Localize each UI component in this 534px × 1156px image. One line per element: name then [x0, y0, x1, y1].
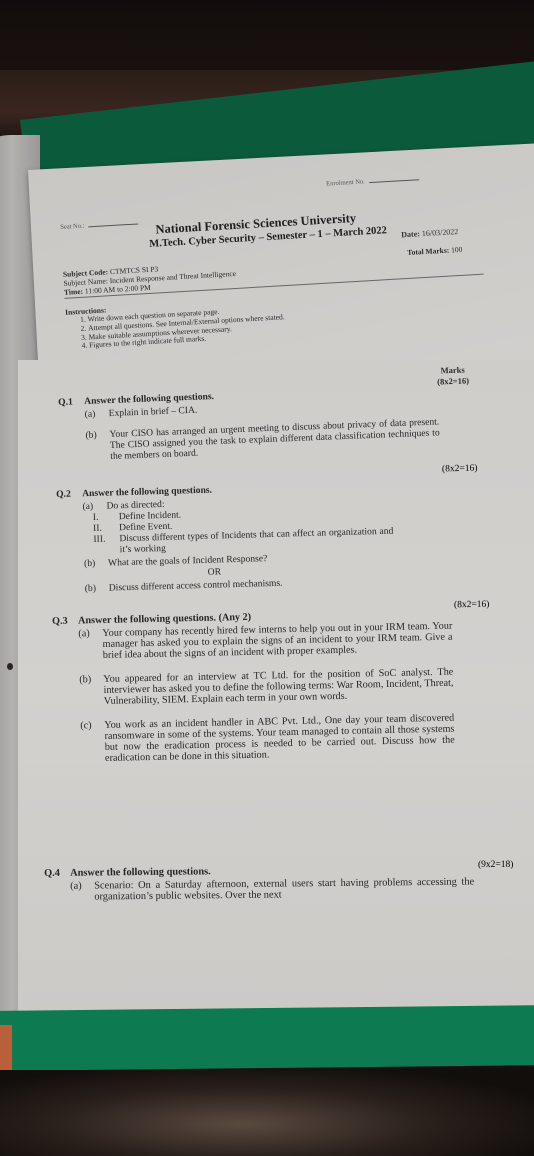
q2-number: Q.2: [56, 488, 82, 500]
enrolment-no-blank: [369, 179, 419, 183]
q3-part-a: (a)Your company has recently hired few i…: [78, 621, 453, 662]
subitem-label: II.: [93, 522, 119, 534]
total-marks-label: Total Marks:: [407, 246, 449, 257]
part-label: (b): [85, 429, 110, 463]
question-3: Q.3Answer the following questions. (Any …: [52, 608, 455, 765]
q4-title: Answer the following questions.: [70, 866, 211, 878]
part-text: You work as an incident handler in ABC P…: [104, 713, 455, 764]
q4-number: Q.4: [44, 868, 70, 879]
question-2: Q.2Answer the following questions. (a)Do…: [56, 478, 449, 595]
q3-number: Q.3: [52, 615, 78, 627]
part-label: (b): [85, 583, 109, 595]
q3-part-b: (b)You appeared for an interview at TC L…: [79, 667, 454, 708]
date-label: Date:: [401, 229, 420, 239]
q4-marks: (9x2=18): [478, 860, 513, 870]
q3-marks: (8x2=16): [454, 600, 490, 611]
q3-title: Answer the following questions. (Any 2): [78, 612, 251, 627]
total-marks-value: 100: [451, 245, 463, 255]
q1-marks: (8x2=16): [437, 375, 469, 387]
time-label: Time:: [64, 287, 84, 297]
part-label: (b): [79, 674, 104, 707]
part-text: Scenario: On a Saturday afternoon, exter…: [94, 876, 474, 902]
subitem-label: I.: [93, 511, 119, 523]
seat-no-blank: [88, 223, 138, 227]
green-folder-bottom: [0, 1005, 534, 1071]
q4-part-a: (a)Scenario: On a Saturday afternoon, ex…: [70, 876, 474, 902]
part-label: (a): [82, 501, 106, 513]
background-dark-bottom: [0, 1070, 534, 1156]
q3-part-c: (c)You work as an incident handler in AB…: [80, 713, 455, 765]
q2-marks: (8x2=16): [442, 464, 478, 475]
part-label: (a): [70, 880, 94, 902]
question-4: Q.4Answer the following questions. (a)Sc…: [44, 863, 474, 903]
part-text: Your company has recently hired few inte…: [102, 621, 453, 661]
q1-number: Q.1: [58, 396, 84, 408]
ink-dot: [7, 663, 13, 670]
q2-title: Answer the following questions.: [82, 485, 212, 500]
date-value: 16/03/2022: [422, 227, 459, 238]
marks-heading: Marks (8x2=16): [437, 364, 469, 386]
part-label: (a): [84, 408, 108, 420]
subitem-label: III.: [93, 533, 120, 556]
seat-no-label: Seat No.:: [60, 223, 85, 231]
marks-heading-label: Marks: [437, 364, 469, 376]
part-label: (b): [84, 558, 108, 570]
part-text: You appeared for an interview at TC Ltd.…: [103, 667, 454, 707]
enrolment-no-label: Enrolment No.: [326, 178, 365, 187]
part-label: (c): [80, 720, 105, 764]
part-label: (a): [78, 628, 103, 661]
